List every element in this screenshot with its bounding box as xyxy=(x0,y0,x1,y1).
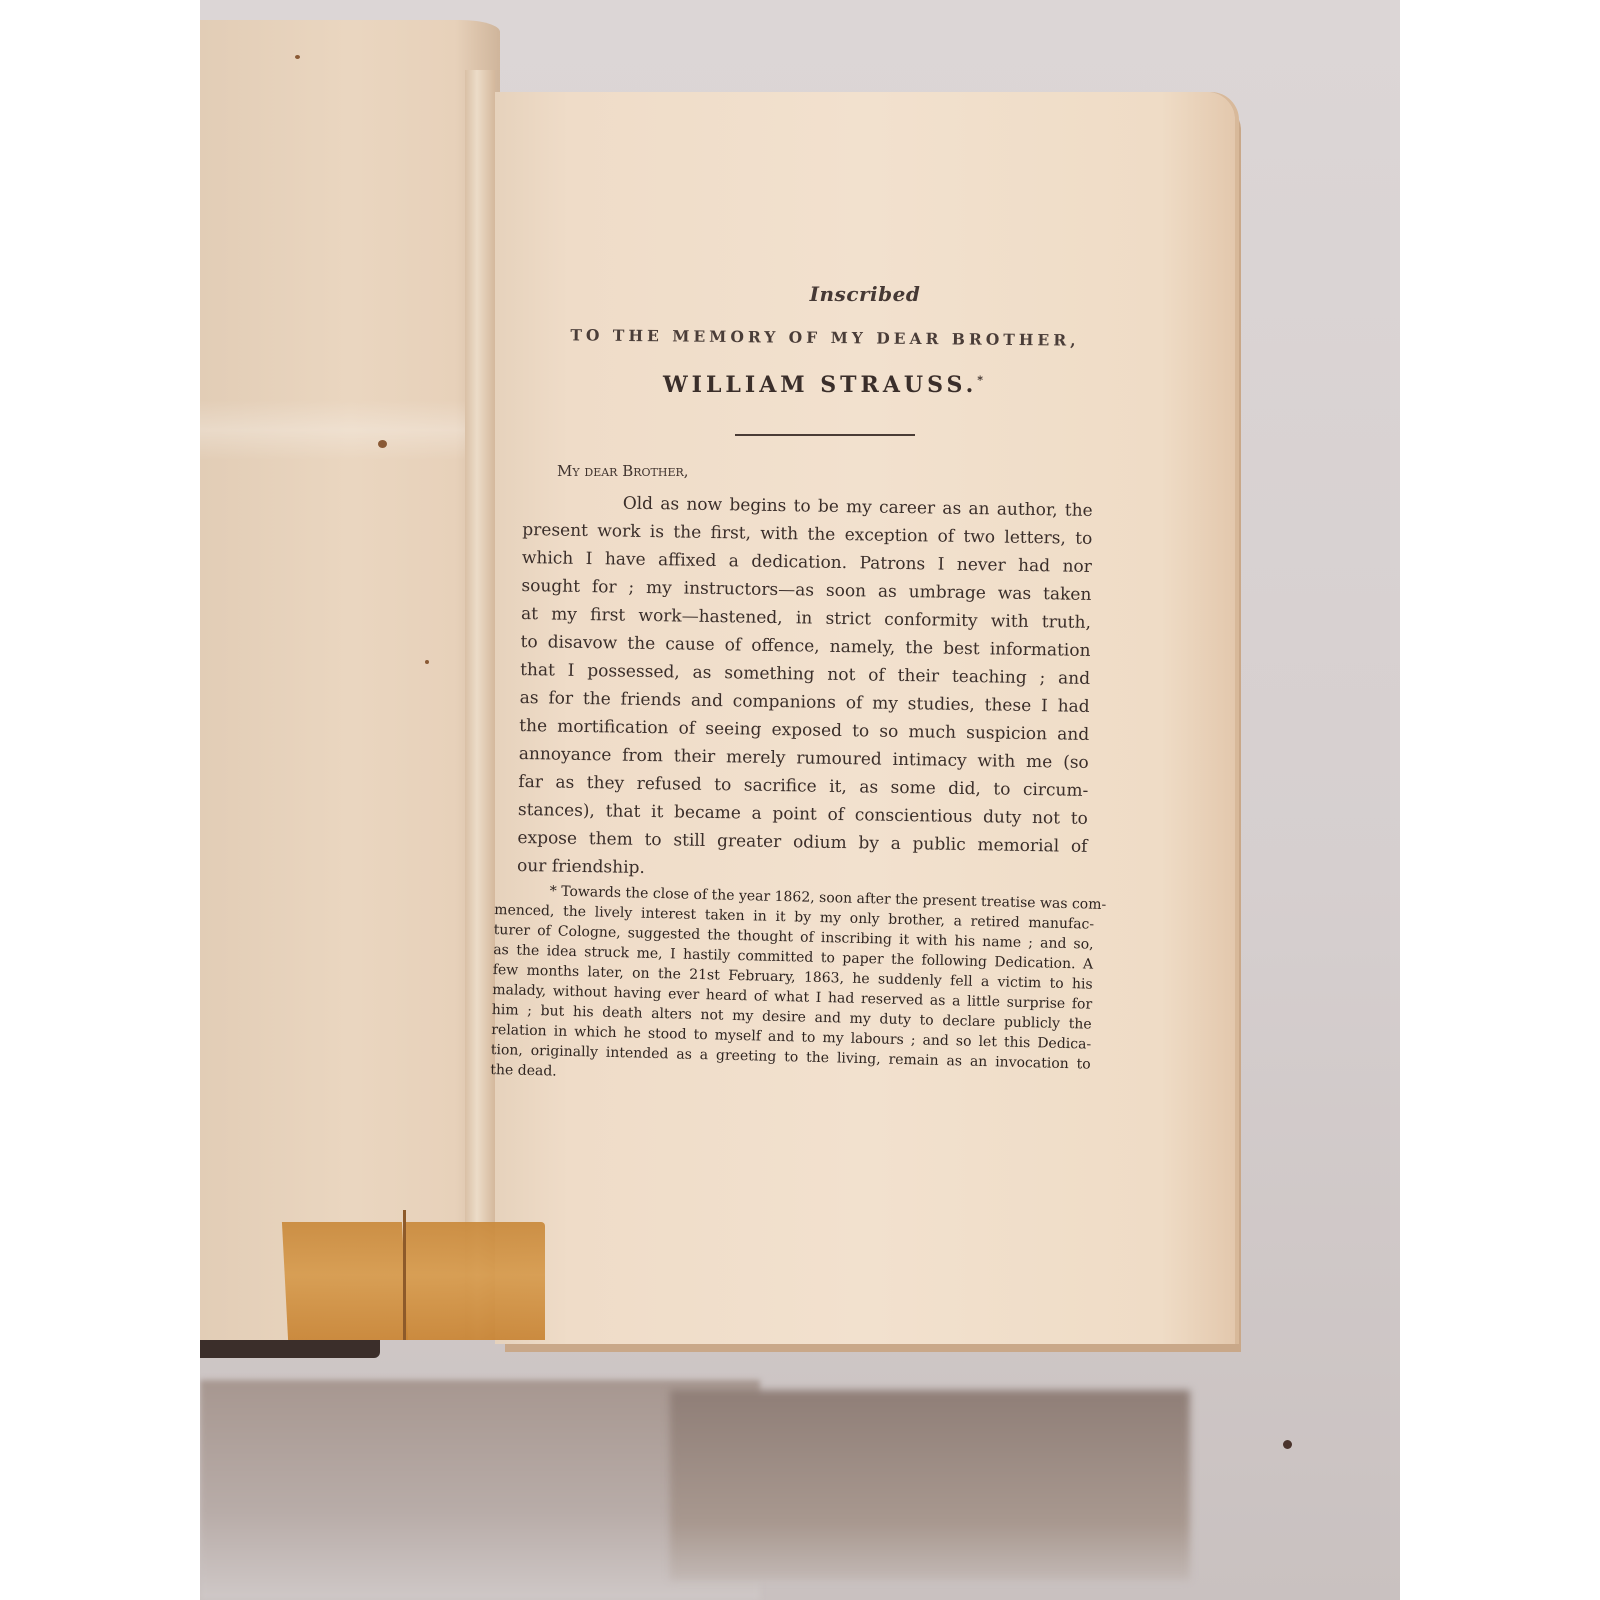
footnote-mark: * xyxy=(977,374,987,387)
foxing-spot xyxy=(425,660,429,664)
spine-hinge xyxy=(403,1210,406,1340)
page-text: Inscribed TO THE MEMORY OF MY DEAR BROTH… xyxy=(495,92,1235,1344)
inscribed-heading: Inscribed xyxy=(495,282,1235,306)
foxing-spot xyxy=(295,55,300,59)
book-gutter xyxy=(465,70,495,1340)
footnote: * Towards the close of the year 1862, so… xyxy=(490,880,1095,1095)
book-photo: Inscribed TO THE MEMORY OF MY DEAR BROTH… xyxy=(200,0,1400,1600)
dust-speck xyxy=(1283,1440,1292,1449)
repair-tape-right xyxy=(405,1222,545,1340)
name-text: WILLIAM STRAUSS. xyxy=(663,372,977,398)
left-page-endpaper xyxy=(200,20,500,1340)
repair-tape-left xyxy=(282,1222,408,1340)
salutation: My dear Brother, xyxy=(557,462,689,480)
memory-line: TO THE MEMORY OF MY DEAR BROTHER, xyxy=(555,325,1095,350)
divider-rule xyxy=(735,434,915,436)
page-crease xyxy=(200,400,500,460)
dedication-page: Inscribed TO THE MEMORY OF MY DEAR BROTH… xyxy=(495,92,1235,1344)
dedicatee-name: WILLIAM STRAUSS.* xyxy=(555,372,1095,398)
book-shadow-right xyxy=(670,1390,1190,1580)
dedication-body: Old as now begins to be my career as an … xyxy=(517,488,1093,889)
foxing-spot xyxy=(378,440,387,448)
